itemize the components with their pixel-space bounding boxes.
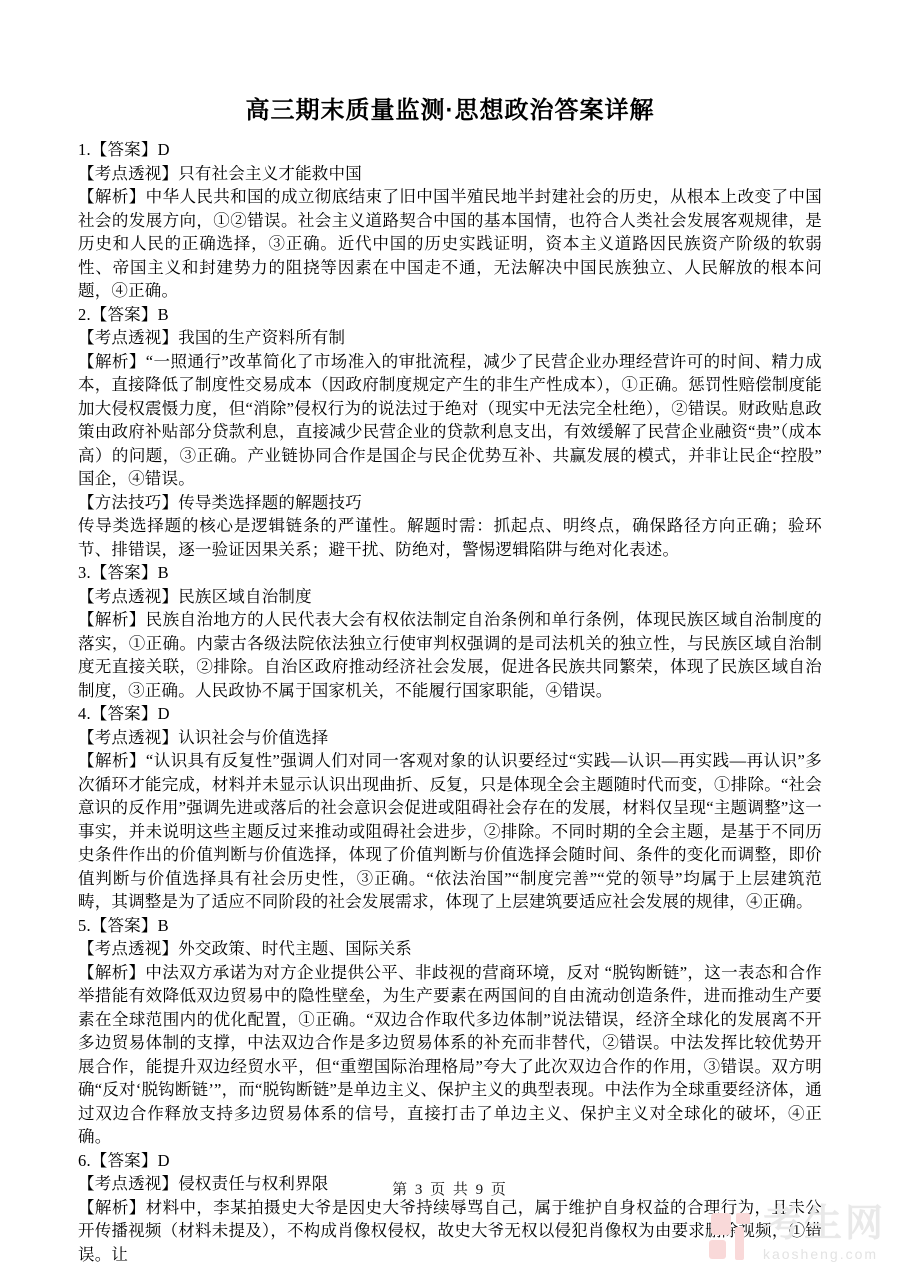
page-number-footer: 第 3 页 共 9 页	[0, 1178, 900, 1199]
question-1-block: 1.【答案】D 【考点透视】只有社会主义才能救中国 【解析】中华人民共和国的成立…	[78, 138, 822, 303]
logo-block-bottom-left	[709, 1240, 726, 1259]
q6-answer-line: 6.【答案】D	[78, 1149, 822, 1173]
watermark-text-group: 考生网 kaosheng.com	[763, 1205, 886, 1262]
watermark-brand-en: kaosheng.com	[763, 1246, 886, 1262]
q3-topic-line: 【考点透视】民族区域自治制度	[78, 585, 822, 609]
q2-analysis: 【解析】“一照通行”改革简化了市场准入的审批流程，减少了民营企业办理经营许可的时…	[78, 350, 822, 491]
q5-topic-line: 【考点透视】外交政策、时代主题、国际关系	[78, 937, 822, 961]
q4-topic-line: 【考点透视】认识社会与价值选择	[78, 726, 822, 750]
answers-body: 1.【答案】D 【考点透视】只有社会主义才能救中国 【解析】中华人民共和国的成立…	[0, 125, 900, 1266]
logo-block-top-left	[711, 1213, 731, 1235]
watermark-brand-cn: 考生网	[763, 1205, 886, 1245]
q2-answer-line: 2.【答案】B	[78, 303, 822, 327]
question-3-block: 3.【答案】B 【考点透视】民族区域自治制度 【解析】民族自治地方的人民代表大会…	[78, 561, 822, 702]
q1-answer-line: 1.【答案】D	[78, 138, 822, 162]
q3-answer-line: 3.【答案】B	[78, 561, 822, 585]
logo-block-bar	[735, 1227, 744, 1260]
kaosheng-logo-icon	[709, 1213, 757, 1265]
q5-analysis: 【解析】中法双方承诺为对方企业提供公平、非歧视的营商环境，反对 “脱钩断链”，这…	[78, 961, 822, 1149]
question-2-block: 2.【答案】B 【考点透视】我国的生产资料所有制 【解析】“一照通行”改革简化了…	[78, 303, 822, 562]
q2-topic-line: 【考点透视】我国的生产资料所有制	[78, 326, 822, 350]
q4-answer-line: 4.【答案】D	[78, 702, 822, 726]
q1-topic-line: 【考点透视】只有社会主义才能救中国	[78, 162, 822, 186]
kaosheng-watermark: 考生网 kaosheng.com	[709, 1205, 886, 1265]
q5-answer-line: 5.【答案】B	[78, 914, 822, 938]
q2-method-body: 传导类选择题的核心是逻辑链条的严谨性。解题时需：抓起点、明终点，确保路径方向正确…	[78, 514, 822, 561]
q3-analysis: 【解析】民族自治地方的人民代表大会有权依法制定自治条例和单行条例，体现民族区域自…	[78, 608, 822, 702]
document-page: 高三期末质量监测·思想政治答案详解 1.【答案】D 【考点透视】只有社会主义才能…	[0, 0, 900, 1273]
logo-block-top-right	[736, 1213, 750, 1224]
q1-analysis: 【解析】中华人民共和国的成立彻底结束了旧中国半殖民地半封建社会的历史，从根本上改…	[78, 185, 822, 303]
q4-analysis: 【解析】“认识具有反复性”强调人们对同一客观对象的认识要经过“实践—认识—再实践…	[78, 749, 822, 914]
question-5-block: 5.【答案】B 【考点透视】外交政策、时代主题、国际关系 【解析】中法双方承诺为…	[78, 914, 822, 1149]
page-title: 高三期末质量监测·思想政治答案详解	[0, 0, 900, 125]
q2-method-label: 【方法技巧】传导类选择题的解题技巧	[78, 491, 822, 515]
question-4-block: 4.【答案】D 【考点透视】认识社会与价值选择 【解析】“认识具有反复性”强调人…	[78, 702, 822, 914]
